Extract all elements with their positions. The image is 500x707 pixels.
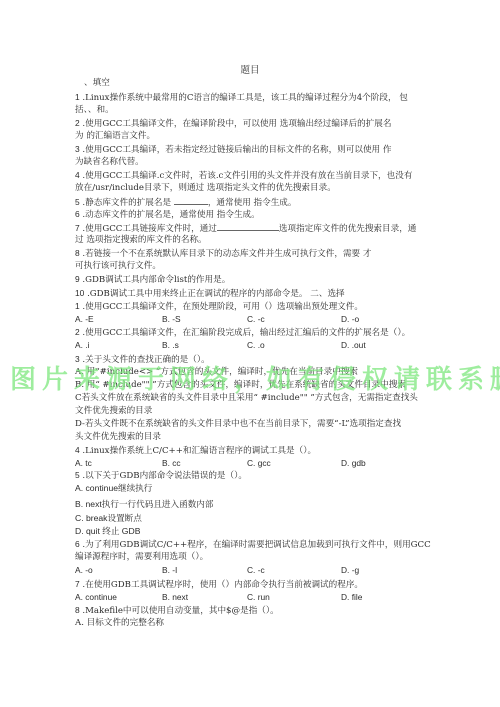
option-d: D. -o: [341, 313, 359, 325]
fill-question-7-cont: 过 选项指定搜索的库文件的名称。: [75, 234, 207, 246]
choice-question-2: 2 .使用GCC工具编译文件，在汇编阶段完成后，输出经过汇编后的文件的扩展名是（…: [75, 326, 410, 339]
fill-question-2: 2 .使用GCC工具编译文件，在编译阶段中，可以使用 选项输出经过编译后的扩展名: [75, 117, 391, 130]
fill-question-9: 9 .GDB调试工具内部命令list的作用是。: [75, 273, 230, 286]
choice-question-7: 7 .在使用GDB工具调试程序时，使用（）内部命令执行当前被调试的程序。: [75, 578, 363, 591]
option-d: D. -g: [341, 564, 359, 576]
choice-3-option-d: D-若头文件既不在系统缺省的头文件目录中也不在当前目录下，需要“-L”选项指定查…: [75, 418, 401, 430]
fill-question-6: 6 .动态库文件的扩展名是，通常使用 指令生成。: [75, 208, 260, 221]
option-b: B. next: [162, 591, 188, 603]
choice-question-1: 1 .使用GCC工具编译文件，在预处理阶段，可用（）选项输出预处理文件。: [75, 300, 363, 313]
choice-options-6: A. -o B. -I C. -c D. -g: [75, 564, 455, 576]
choice-5-option-a: A. continue继续执行: [75, 482, 152, 494]
choice-3-option-d-cont: 头文件优先搜索的目录: [75, 431, 161, 443]
choice-5-option-c: C. break设置断点: [75, 512, 142, 524]
option-a: A. -E: [75, 313, 94, 325]
fill-question-2-cont: 为 的汇编语言文件。: [75, 130, 155, 142]
option-d: D. .out: [341, 339, 366, 351]
option-d: D. file: [341, 591, 362, 603]
fill-question-4: 4 .使用GCC工具编译.c文件时，若该.c文件引用的头文件并没有放在当前目录下…: [75, 169, 412, 182]
option-a: A. continue: [75, 591, 117, 603]
choice-5-option-d: D. quit 终止 GDB: [75, 525, 140, 537]
choice-question-5: 5 .以下关于GDB内部命令说法错误的是（）。: [75, 469, 247, 482]
fill-question-5: 5 .静态库文件的扩展名是 ，通常使用 指令生成。: [75, 195, 296, 209]
choice-question-8: 8 .Makefile中可以使用自动变量，其中$@是指（）。: [75, 604, 279, 617]
fill-question-7: 7 .使用GCC工具链接库文件时，通过选项指定库文件的优先搜索目录，通: [75, 221, 416, 235]
option-d: D. gdb: [341, 457, 366, 469]
fill-question-8-cont: 可执行该可执行文件。: [75, 260, 161, 272]
choice-question-6: 6 .为了利用GDB调试C/C++程序，在编译时需要把调试信息加载到可执行文件中…: [75, 538, 431, 551]
choice-5-option-b: B. next执行一行代码且进入函数内部: [75, 498, 213, 510]
option-a: A. tc: [75, 457, 92, 469]
option-c: C. -c: [247, 313, 265, 325]
option-c: C. -c: [247, 564, 265, 576]
choice-options-1: A. -E B. -S C. -c D. -o: [75, 313, 455, 325]
choice-options-7: A. continue B. next C. run D. file: [75, 591, 455, 603]
choice-question-6-cont: 编译源程序时，需要利用选项（）。: [75, 551, 208, 563]
option-b: B. -I: [162, 564, 177, 576]
option-a: A. .i: [75, 339, 89, 351]
choice-3-option-c: C若头文件放在系统缺省的头文件目录中且采用“ #include"" ”方式包含，…: [75, 392, 418, 404]
fill-question-1: 1 .Linux操作系统中最常用的C语言的编译工具是，该工具的编译过程分为4个阶…: [75, 91, 408, 104]
option-c: C. run: [247, 591, 270, 603]
section-heading-fill-in: 、填空: [84, 77, 110, 89]
fill-question-3-cont: 为缺省名称代替。: [75, 156, 144, 168]
document-content: 题目 、填空 1 .Linux操作系统中最常用的C语言的编译工具是，该工具的编译…: [0, 0, 500, 707]
option-c: C. gcc: [247, 457, 271, 469]
fill-question-4-cont: 放在/usr/include目录下，则通过 选项指定头文件的优先搜索目录。: [75, 182, 336, 194]
answer-blank: [217, 221, 279, 231]
page-title: 题目: [0, 62, 500, 76]
fill-question-3: 3 .使用GCC工具编译，若未指定经过链接后输出的目标文件的名称，则可以使用 作: [75, 143, 391, 156]
choice-question-3: 3 .关于头文件的查找正确的是（）。: [75, 353, 210, 366]
document-page: 题目 、填空 1 .Linux操作系统中最常用的C语言的编译工具是，该工具的编译…: [0, 0, 500, 707]
choice-3-option-c-cont: 文件优先搜索的目录: [75, 405, 152, 417]
option-c: C. .o: [247, 339, 265, 351]
option-a: A. -o: [75, 564, 93, 576]
choice-3-option-a: A. 用“#include<> ”方式包含的头文件，编译时，优先在当前目录中搜索: [75, 366, 358, 378]
choice-options-4: A. tc B. cc C. gcc D. gdb: [75, 457, 455, 469]
choice-3-option-b: B. 用“ #include"" ”方式包含的头文件，编译时，优先在系统缺省的头…: [75, 379, 406, 391]
option-b: B. -S: [162, 313, 181, 325]
answer-blank: [174, 195, 208, 205]
fill-question-8: 8 .若链接一个不在系统默认库目录下的动态库文件并生成可执行文件，需要 才: [75, 247, 371, 260]
option-b: B. .s: [162, 339, 179, 351]
fill-question-10: 10 .GDB调试工具中用来终止正在调试的程序的内部命令是。 二、选择: [75, 287, 345, 300]
choice-question-4: 4 .Linux操作系统上C/C++和汇编语言程序的调试工具是（）。: [75, 444, 316, 457]
option-b: B. cc: [162, 457, 181, 469]
fill-question-1-cont: 括、、和。: [75, 104, 114, 116]
choice-options-2: A. .i B. .s C. .o D. .out: [75, 339, 455, 351]
choice-8-option-a: A. 目标文件的完整名称: [75, 617, 164, 629]
